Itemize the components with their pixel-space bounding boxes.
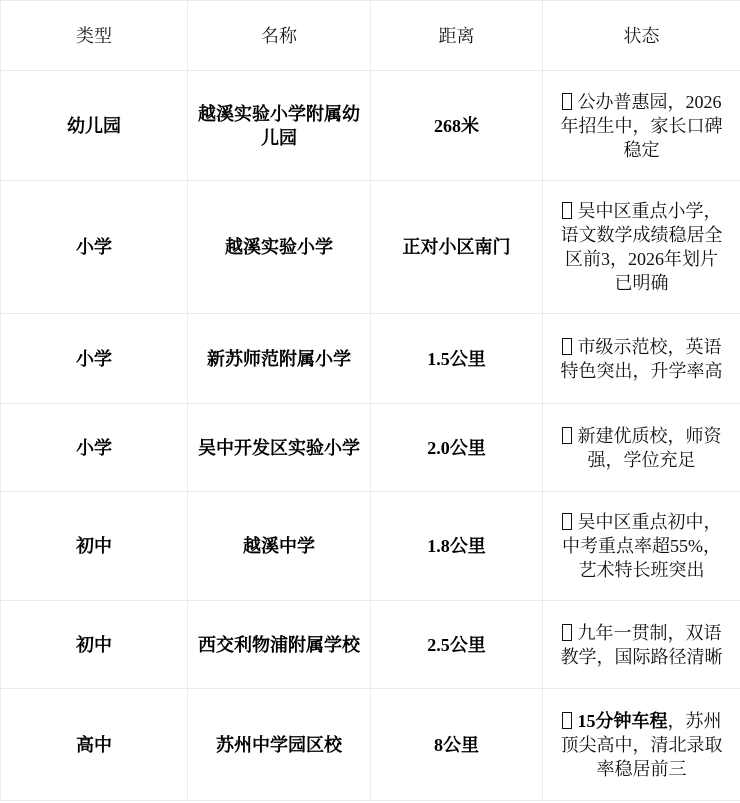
- status-text: 九年一贯制，双语教学，国际路径清晰: [561, 623, 723, 667]
- status-text: 新建优质校，师资强，学位充足: [578, 426, 722, 470]
- name-cell: 吴中开发区实验小学: [188, 404, 371, 492]
- status-cell: 15分钟车程，苏州顶尖高中，清北录取率稳居前三: [543, 689, 740, 801]
- status-text: 市级示范校，英语特色突出，升学率高: [561, 337, 723, 381]
- table-row: 小学 新苏师范附属小学 1.5公里 市级示范校，英语特色突出，升学率高: [1, 314, 740, 404]
- table-row: 小学 越溪实验小学 正对小区南门 吴中区重点小学，语文数学成绩稳居全区前3，20…: [1, 181, 740, 314]
- status-text: 吴中区重点初中，中考重点率超55%，艺术特长班突出: [562, 512, 722, 580]
- status-cell: 公办普惠园，2026年招生中，家长口碑稳定: [543, 71, 740, 181]
- type-cell: 高中: [1, 689, 188, 801]
- distance-cell: 正对小区南门: [371, 181, 543, 314]
- name-cell: 越溪实验小学: [188, 181, 371, 314]
- missing-emoji-glyph-icon: [562, 93, 572, 110]
- distance-cell: 1.5公里: [371, 314, 543, 404]
- header-row: 类型 名称 距离 状态: [1, 1, 740, 71]
- schools-table: 类型 名称 距离 状态 幼儿园 越溪实验小学附属幼儿园 268米 公办普惠园，2…: [0, 0, 740, 801]
- missing-emoji-glyph-icon: [562, 427, 572, 444]
- status-text: 公办普惠园，2026年招生中，家长口碑稳定: [561, 92, 723, 160]
- name-cell: 苏州中学园区校: [188, 689, 371, 801]
- missing-emoji-glyph-icon: [562, 202, 572, 219]
- table-row: 初中 西交利物浦附属学校 2.5公里 九年一贯制，双语教学，国际路径清晰: [1, 601, 740, 689]
- status-cell: 九年一贯制，双语教学，国际路径清晰: [543, 601, 740, 689]
- distance-cell: 268米: [371, 71, 543, 181]
- status-bold-text: 15分钟车程: [578, 711, 668, 731]
- missing-emoji-glyph-icon: [562, 338, 572, 355]
- status-cell: 吴中区重点初中，中考重点率超55%，艺术特长班突出: [543, 492, 740, 601]
- type-cell: 幼儿园: [1, 71, 188, 181]
- type-cell: 小学: [1, 314, 188, 404]
- type-cell: 初中: [1, 601, 188, 689]
- table-row: 初中 越溪中学 1.8公里 吴中区重点初中，中考重点率超55%，艺术特长班突出: [1, 492, 740, 601]
- table-row: 高中 苏州中学园区校 8公里 15分钟车程，苏州顶尖高中，清北录取率稳居前三: [1, 689, 740, 801]
- status-cell: 市级示范校，英语特色突出，升学率高: [543, 314, 740, 404]
- header-distance: 距离: [371, 1, 543, 71]
- name-cell: 新苏师范附属小学: [188, 314, 371, 404]
- missing-emoji-glyph-icon: [562, 513, 572, 530]
- table-row: 幼儿园 越溪实验小学附属幼儿园 268米 公办普惠园，2026年招生中，家长口碑…: [1, 71, 740, 181]
- status-cell: 新建优质校，师资强，学位充足: [543, 404, 740, 492]
- status-cell: 吴中区重点小学，语文数学成绩稳居全区前3，2026年划片已明确: [543, 181, 740, 314]
- name-cell: 越溪中学: [188, 492, 371, 601]
- type-cell: 小学: [1, 404, 188, 492]
- distance-cell: 8公里: [371, 689, 543, 801]
- type-cell: 初中: [1, 492, 188, 601]
- table-row: 小学 吴中开发区实验小学 2.0公里 新建优质校，师资强，学位充足: [1, 404, 740, 492]
- header-status: 状态: [543, 1, 740, 71]
- status-text: 吴中区重点小学，语文数学成绩稳居全区前3，2026年划片已明确: [561, 201, 723, 293]
- header-type: 类型: [1, 1, 188, 71]
- header-name: 名称: [188, 1, 371, 71]
- distance-cell: 2.5公里: [371, 601, 543, 689]
- name-cell: 越溪实验小学附属幼儿园: [188, 71, 371, 181]
- distance-cell: 2.0公里: [371, 404, 543, 492]
- type-cell: 小学: [1, 181, 188, 314]
- name-cell: 西交利物浦附属学校: [188, 601, 371, 689]
- missing-emoji-glyph-icon: [562, 624, 572, 641]
- distance-cell: 1.8公里: [371, 492, 543, 601]
- missing-emoji-glyph-icon: [562, 712, 572, 729]
